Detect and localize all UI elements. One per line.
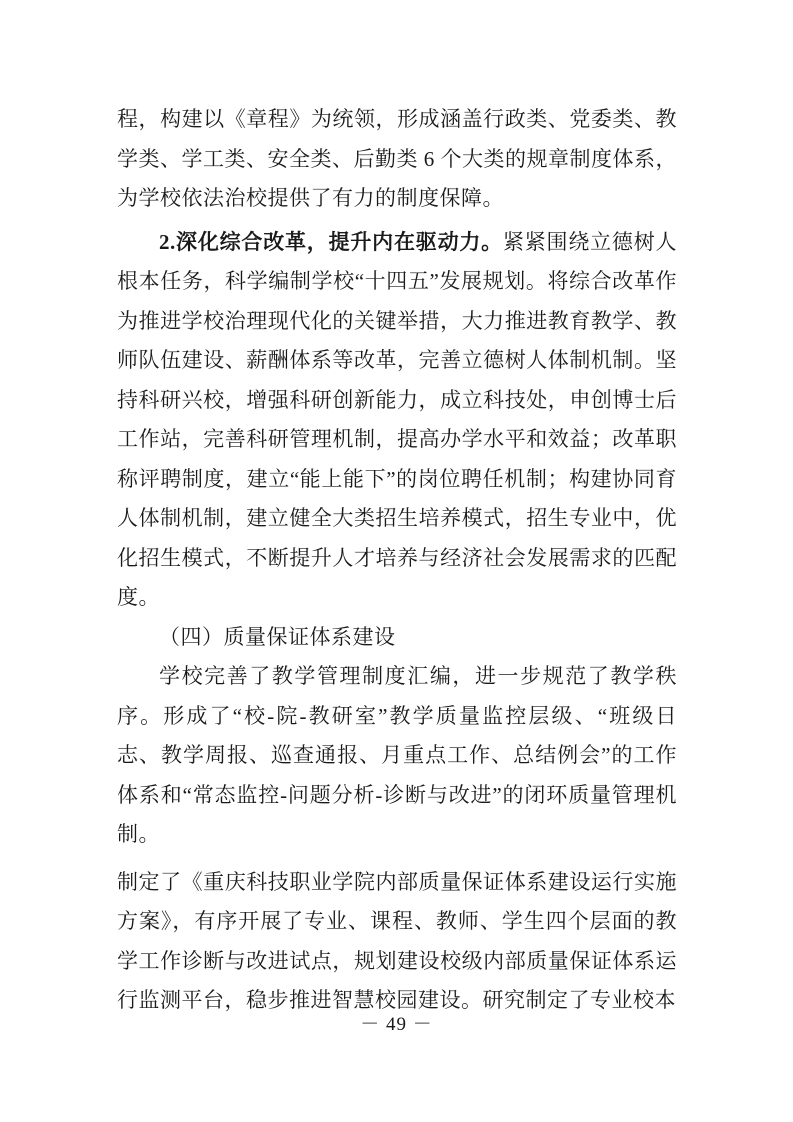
- paragraph-bold-lead: 2.深化综合改革，提升内在驱动力。: [159, 230, 503, 254]
- paragraph-comprehensive-reform: 2.深化综合改革，提升内在驱动力。紧紧围绕立德树人根本任务，科学编制学校“十四五…: [117, 223, 677, 618]
- section-heading-quality-assurance: （四）质量保证体系建设: [117, 618, 677, 658]
- paragraph-teaching-management: 学校完善了教学管理制度汇编，进一步规范了教学秩序。形成了“校-院-教研室”教学质…: [117, 657, 677, 855]
- paragraph-quality-system-plan: 制定了《重庆科技职业学院内部质量保证体系建设运行实施方案》，有序开展了专业、课程…: [117, 863, 677, 1021]
- page-body: 程，构建以《章程》为统领，形成涵盖行政类、党委类、教学类、学工类、安全类、后勤类…: [117, 100, 677, 1021]
- paragraph-reform-text: 紧紧围绕立德树人根本任务，科学编制学校“十四五”发展规划。将综合改革作为推进学校…: [117, 230, 677, 610]
- document-page: 程，构建以《章程》为统领，形成涵盖行政类、党委类、教学类、学工类、安全类、后勤类…: [0, 0, 793, 1122]
- page-number: － 49 －: [0, 1013, 793, 1037]
- paragraph-rules-continuation: 程，构建以《章程》为统领，形成涵盖行政类、党委类、教学类、学工类、安全类、后勤类…: [117, 100, 677, 219]
